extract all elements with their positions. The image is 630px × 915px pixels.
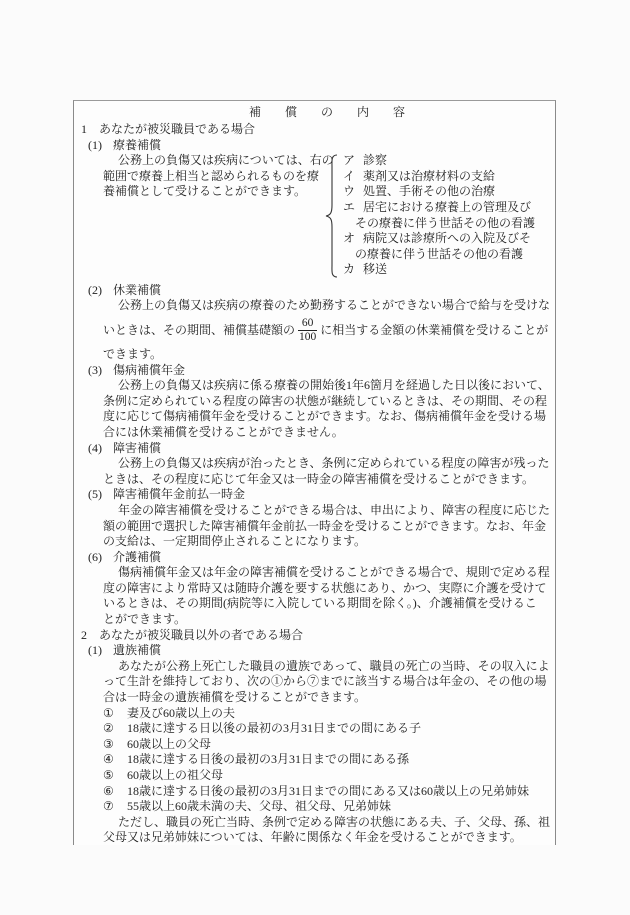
section-1-5-number: (5)	[88, 487, 113, 503]
text-line: の支給は、一定期間停止されることになります。	[103, 534, 551, 550]
text-segment: に相当する金額の休業補償を受けることが	[320, 323, 548, 339]
medical-care-item: イ 薬剤又は治療材料の支給	[343, 169, 535, 185]
text-line: の療養に伴う世話その他の看護	[355, 247, 531, 263]
section-1-4-heading: (4) 障害補償	[88, 441, 551, 457]
survivor-item: ⑦ 55歳以上60歳未満の夫、父母、祖父母、兄弟姉妹	[103, 799, 551, 815]
medical-care-item-list: ア 診察 イ 薬剤又は治療材料の支給 ウ 処置、手術その他の治療 エ 居宅におけ…	[343, 153, 535, 278]
survivor-item: ③ 60歳以上の父母	[103, 737, 551, 753]
section-1-4-number: (4)	[88, 441, 113, 457]
text-line: 薬剤又は治療材料の支給	[363, 169, 495, 185]
text-line: 18歳に達する日後の最初の3月31日までの間にある孫	[127, 752, 409, 768]
item-kana: イ	[343, 169, 363, 185]
section-1-1-name: 療養補償	[113, 138, 161, 154]
part-2-heading: 2 あなたが被災職員以外の者である場合	[81, 628, 551, 644]
text-line: 公務上の負傷又は疾病が治ったとき、条例に定められている程度の障害が残った	[118, 456, 551, 472]
circled-number: ①	[103, 706, 127, 722]
item-kana: ア	[343, 153, 363, 169]
text-line: 病院又は診療所への入院及びそ	[363, 231, 531, 247]
medical-care-item: ウ 処置、手術その他の治療	[343, 184, 535, 200]
text-segment: いときは、その期間、補償基礎額の	[103, 323, 295, 339]
part-1-heading: 1 あなたが被災職員である場合	[81, 122, 551, 138]
survivor-item: ② 18歳に達する日以後の最初の3月31日までの間にある子	[103, 721, 551, 737]
section-1-5-heading: (5) 障害補償年金前払一時金	[88, 487, 551, 503]
medical-care-item: カ 移送	[343, 262, 535, 278]
survivor-item: ④ 18歳に達する日後の最初の3月31日までの間にある孫	[103, 752, 551, 768]
section-1-6-number: (6)	[88, 550, 113, 566]
fraction-60-over-100: 60 100	[298, 317, 317, 344]
survivor-item: ① 妻及び60歳以上の夫	[103, 706, 551, 722]
table-title: 補償の内容	[103, 105, 551, 122]
section-1-3-number: (3)	[88, 363, 113, 379]
text-line: 条例に定められている程度の障害の状態が継続しているときは、その期間、その程	[103, 394, 551, 410]
text-line: 度に応じて傷病補償年金を受けることができます。なお、傷病補償年金を受ける場	[103, 409, 551, 425]
text-line: 合には休業補償を受けることができません。	[103, 425, 551, 441]
text-line: 範囲で療養上相当と認められるものを療	[103, 169, 325, 185]
fraction-text-line: いときは、その期間、補償基礎額の 60 100 に相当する金額の休業補償を受ける…	[103, 314, 551, 347]
section-1-2-heading: (2) 休業補償	[88, 283, 551, 299]
section-1-2-name: 休業補償	[113, 283, 161, 299]
fraction-numerator: 60	[302, 317, 314, 330]
section-1-5-name: 障害補償年金前払一時金	[113, 487, 245, 503]
text-line: 合は一時金の遺族補償を受けることができます。	[103, 690, 551, 706]
text-line: ただし、職員の死亡当時、条例で定める障害の状態にある夫、子、父母、孫、祖	[118, 815, 551, 831]
medical-care-item: エ 居宅における療養上の管理及び その療養に伴う世話その他の看護	[343, 200, 535, 231]
text-line: って生計を維持しており、次の①から⑦までに該当する場合は年金の、その他の場	[103, 674, 551, 690]
circled-number: ④	[103, 752, 127, 768]
text-line: とができます。	[103, 612, 551, 628]
text-line: 60歳以上の祖父母	[127, 768, 223, 784]
section-1-1-heading: (1) 療養補償	[88, 138, 551, 154]
text-line: その療養に伴う世話その他の看護	[355, 216, 535, 232]
circled-number: ⑤	[103, 768, 127, 784]
part-2-number: 2	[81, 628, 99, 644]
part-1-number: 1	[81, 122, 99, 138]
fraction-denominator: 100	[298, 330, 317, 344]
compensation-table: 補償の内容 1 あなたが被災職員である場合 (1) 療養補償 公務上の負傷又は疾…	[73, 100, 556, 845]
section-1-3-name: 傷病補償年金	[113, 363, 185, 379]
left-curly-brace-icon	[325, 153, 343, 283]
section-1-3-heading: (3) 傷病補償年金	[88, 363, 551, 379]
text-line: いるときは、その期間(病院等に入院している期間を除く。)、介護補償を受けるこ	[103, 596, 551, 612]
text-line: 妻及び60歳以上の夫	[127, 706, 235, 722]
section-1-6-heading: (6) 介護補償	[88, 550, 551, 566]
text-line: 60歳以上の父母	[127, 737, 211, 753]
section-1-1-number: (1)	[88, 138, 113, 154]
item-kana: カ	[343, 262, 363, 278]
text-line: 18歳に達する日後の最初の3月31日までの間にある又は60歳以上の兄弟姉妹	[127, 784, 529, 800]
text-line: あなたが公務上死亡した職員の遺族であって、職員の死亡の当時、その収入によ	[118, 659, 551, 675]
section-2-1-name: 遺族補償	[113, 643, 161, 659]
text-line: 傷病補償年金又は年金の障害補償を受けることができる場合で、規則で定める程	[118, 565, 551, 581]
text-line: 居宅における療養上の管理及び	[363, 200, 535, 216]
text-line: 額の範囲で選択した障害補償年金前払一時金を受けることができます。なお、年金	[103, 519, 551, 535]
part-1-heading-text: あなたが被災職員である場合	[99, 122, 255, 138]
text-line: 公務上の負傷又は疾病の療養のため勤務することができない場合で給与を受けな	[118, 298, 551, 314]
medical-care-block: 公務上の負傷又は疾病については、右の 範囲で療養上相当と認められるものを療 養補…	[103, 153, 551, 283]
text-line: 移送	[363, 262, 387, 278]
survivor-item: ⑥ 18歳に達する日後の最初の3月31日までの間にある又は60歳以上の兄弟姉妹	[103, 784, 551, 800]
circled-number: ③	[103, 737, 127, 753]
section-2-1-heading: (1) 遺族補償	[88, 643, 551, 659]
medical-care-description: 公務上の負傷又は疾病については、右の 範囲で療養上相当と認められるものを療 養補…	[103, 153, 325, 200]
text-line: できます。	[103, 347, 551, 363]
text-line: 公務上の負傷又は疾病に係る療養の開始後1年6箇月を経過した日以後において、	[118, 378, 551, 394]
part-2-heading-text: あなたが被災職員以外の者である場合	[99, 628, 303, 644]
text-line: 父母又は兄弟姉妹については、年齢に関係なく年金を受けることができます。	[103, 830, 551, 846]
circled-number: ②	[103, 721, 127, 737]
text-line: 処置、手術その他の治療	[363, 184, 495, 200]
section-1-4-name: 障害補償	[113, 441, 161, 457]
circled-number: ⑥	[103, 784, 127, 800]
text-line: 55歳以上60歳未満の夫、父母、祖父母、兄弟姉妹	[127, 799, 391, 815]
text-line: 養補償として受けることができます。	[103, 184, 325, 200]
circled-number: ⑦	[103, 799, 127, 815]
section-1-2-number: (2)	[88, 283, 113, 299]
text-line: ときは、その程度に応じて年金又は一時金の障害補償を受けることができます。	[103, 472, 551, 488]
text-line: 18歳に達する日以後の最初の3月31日までの間にある子	[127, 721, 421, 737]
text-line: 公務上の負傷又は疾病については、右の	[118, 153, 325, 169]
text-line: 診察	[363, 153, 387, 169]
survivor-item: ⑤ 60歳以上の祖父母	[103, 768, 551, 784]
medical-care-item: オ 病院又は診療所への入院及びそ の療養に伴う世話その他の看護	[343, 231, 535, 262]
medical-care-item: ア 診察	[343, 153, 535, 169]
text-line: 度の障害により常時又は随時介護を要する状態にあり、かつ、実際に介護を受けて	[103, 581, 551, 597]
text-line: 年金の障害補償を受けることができる場合は、申出により、障害の程度に応じた	[118, 503, 551, 519]
item-kana: ウ	[343, 184, 363, 200]
section-2-1-number: (1)	[88, 643, 113, 659]
section-1-6-name: 介護補償	[113, 550, 161, 566]
